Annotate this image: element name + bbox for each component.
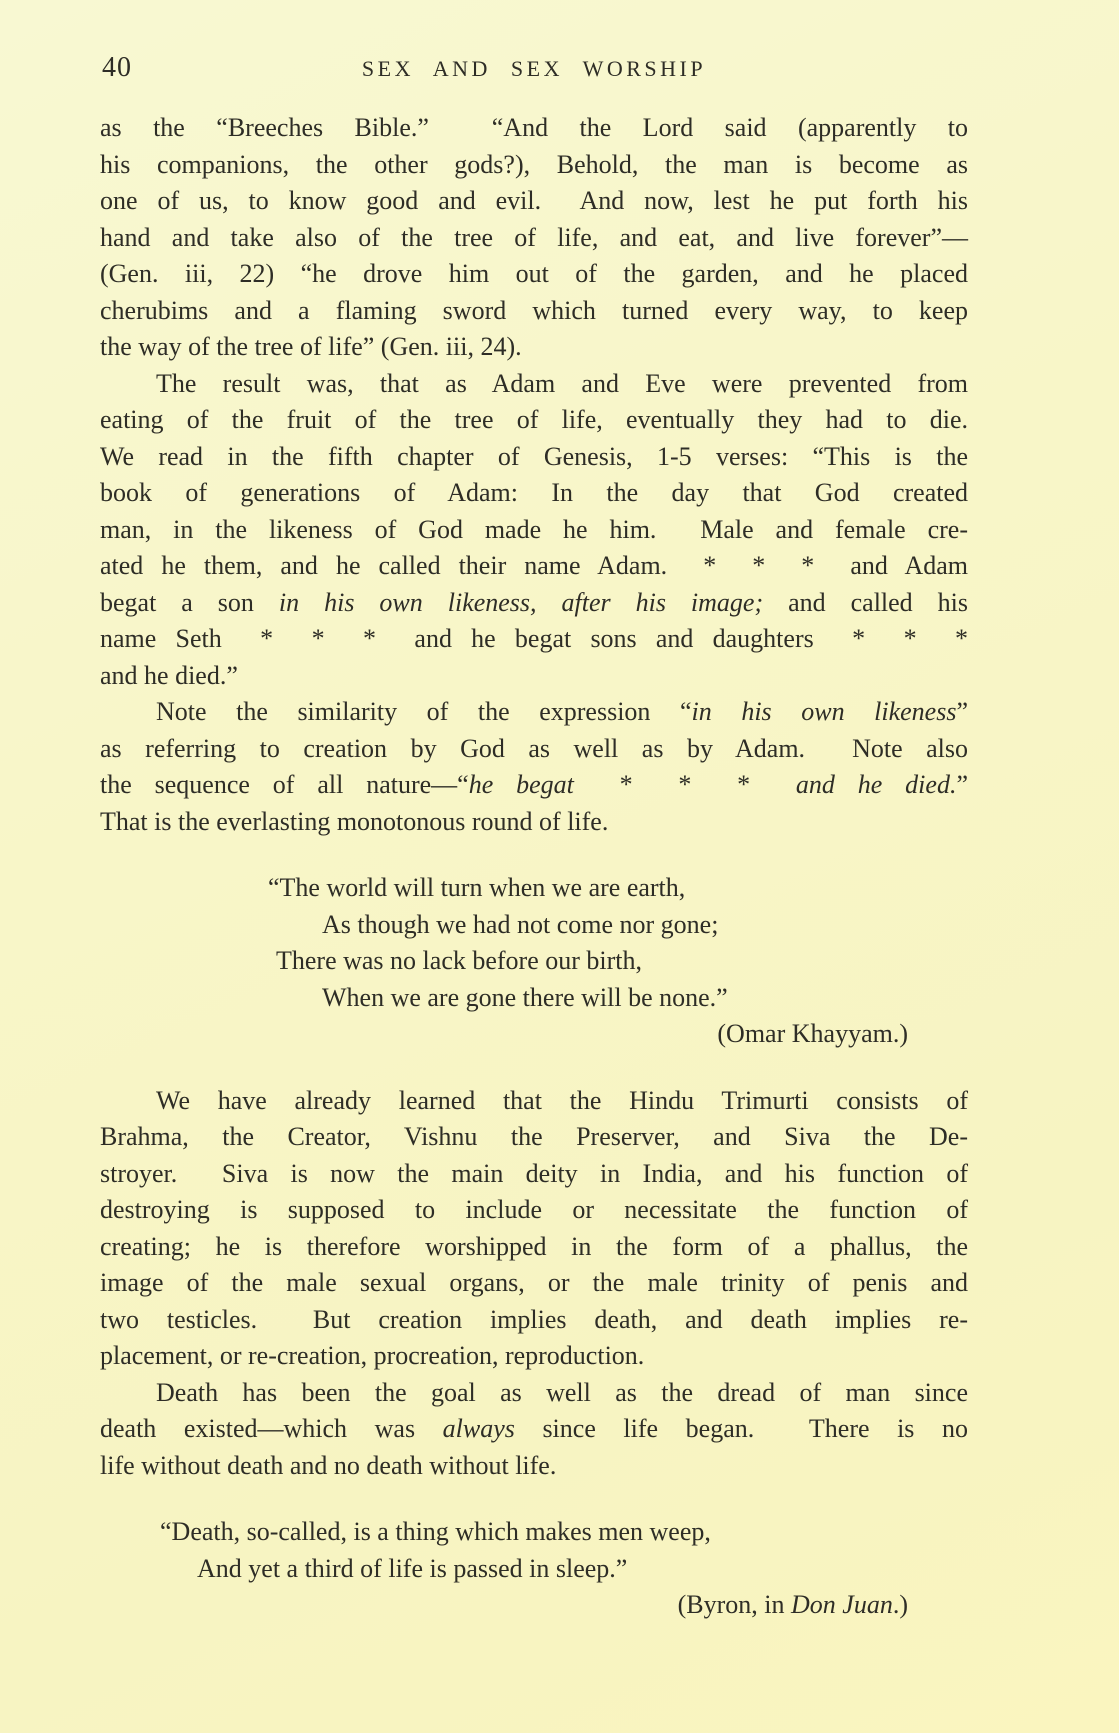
text-line: When we are gone there will be none.” xyxy=(322,980,968,1017)
text-line: Brahma, the Creator, Vishnu the Preserve… xyxy=(100,1119,968,1156)
text-segment: since life began. There is no xyxy=(515,1414,968,1443)
text-segment: “The world will turn when we are earth, xyxy=(268,873,685,902)
page-number: 40 xyxy=(102,52,132,84)
text-segment: .) xyxy=(893,1590,908,1619)
text-segment: The result was, that as Adam and Eve wer… xyxy=(156,369,968,398)
text-line: and he died.” xyxy=(100,658,968,695)
text-line: “The world will turn when we are earth, xyxy=(268,870,968,907)
text-segment: When we are gone there will be none.” xyxy=(322,983,728,1012)
text-segment: * * * xyxy=(574,770,796,799)
text-line: man, in the likeness of God made he him.… xyxy=(100,512,968,549)
italic-text: and he died. xyxy=(796,770,957,799)
text-segment: We have already learned that the Hindu T… xyxy=(156,1086,968,1115)
text-segment: his companions, the other gods?), Behold… xyxy=(100,150,968,179)
text-segment: ated he them, and he called their name A… xyxy=(100,551,968,580)
text-segment: As though we had not come nor gone; xyxy=(322,910,718,939)
text-line: as the “Breeches Bible.” “And the Lord s… xyxy=(100,110,968,147)
text-segment: hand and take also of the tree of life, … xyxy=(100,223,968,252)
text-line: (Gen. iii, 22) “he drove him out of the … xyxy=(100,256,968,293)
text-line: two testicles. But creation implies deat… xyxy=(100,1302,968,1339)
text-segment: creating; he is therefore worshipped in … xyxy=(100,1232,968,1261)
text-segment: (Byron, in xyxy=(678,1590,791,1619)
text-line: as referring to creation by God as well … xyxy=(100,731,968,768)
italic-text: in his own likeness xyxy=(692,697,957,726)
text-line: Note the similarity of the expression “i… xyxy=(100,694,968,731)
text-line: creating; he is therefore worshipped in … xyxy=(100,1229,968,1266)
paragraph: Note the similarity of the expression “i… xyxy=(100,694,968,840)
text-segment: eating of the fruit of the tree of life,… xyxy=(100,405,968,434)
text-segment: the way of the tree of life” (Gen. iii, … xyxy=(100,332,522,361)
italic-text: Don Juan xyxy=(791,1590,893,1619)
text-segment: Death has been the goal as well as the d… xyxy=(156,1378,968,1407)
paragraph: Death has been the goal as well as the d… xyxy=(100,1375,968,1485)
text-segment: man, in the likeness of God made he him.… xyxy=(100,515,968,544)
text-line: name Seth * * * and he begat sons and da… xyxy=(100,621,968,658)
text-line: As though we had not come nor gone; xyxy=(322,907,968,944)
text-line: eating of the fruit of the tree of life,… xyxy=(100,402,968,439)
text-line: image of the male sexual organs, or the … xyxy=(100,1265,968,1302)
text-line: one of us, to know good and evil. And no… xyxy=(100,183,968,220)
text-segment: name Seth * * * and he begat sons and da… xyxy=(100,624,968,653)
text-segment: one of us, to know good and evil. And no… xyxy=(100,186,968,215)
text-line: begat a son in his own likeness, after h… xyxy=(100,585,968,622)
verse-attribution: (Omar Khayyam.) xyxy=(100,1016,968,1053)
text-line: And yet a third of life is passed in sle… xyxy=(197,1551,968,1588)
text-line: “Death, so-called, is a thing which make… xyxy=(160,1514,968,1551)
text-segment: Brahma, the Creator, Vishnu the Preserve… xyxy=(100,1122,968,1151)
text-line: life without death and no death without … xyxy=(100,1448,968,1485)
text-block: as the “Breeches Bible.” “And the Lord s… xyxy=(100,110,968,1654)
text-line: stroyer. Siva is now the main deity in I… xyxy=(100,1156,968,1193)
italic-text: always xyxy=(443,1414,515,1443)
text-line: death existed—which was always since lif… xyxy=(100,1411,968,1448)
text-segment: cherubims and a flaming sword which turn… xyxy=(100,296,968,325)
text-segment: That is the everlasting monotonous round… xyxy=(100,807,608,836)
text-segment: two testicles. But creation implies deat… xyxy=(100,1305,968,1334)
text-line: ated he them, and he called their name A… xyxy=(100,548,968,585)
text-line: There was no lack before our birth, xyxy=(276,943,968,980)
text-line: The result was, that as Adam and Eve wer… xyxy=(100,366,968,403)
text-segment: the sequence of all nature—“ xyxy=(100,770,469,799)
text-segment: and he died.” xyxy=(100,661,238,690)
verse-attribution: (Byron, in Don Juan.) xyxy=(100,1587,968,1624)
text-line: destroying is supposed to include or nec… xyxy=(100,1192,968,1229)
paragraph: as the “Breeches Bible.” “And the Lord s… xyxy=(100,110,968,366)
text-segment: destroying is supposed to include or nec… xyxy=(100,1195,968,1224)
paragraph: The result was, that as Adam and Eve wer… xyxy=(100,366,968,695)
verse-block: “Death, so-called, is a thing which make… xyxy=(100,1514,968,1624)
text-segment: We read in the fifth chapter of Genesis,… xyxy=(100,442,968,471)
text-line: That is the everlasting monotonous round… xyxy=(100,804,968,841)
text-segment: Note the similarity of the expression “ xyxy=(156,697,692,726)
text-line: book of generations of Adam: In the day … xyxy=(100,475,968,512)
text-line: placement, or re-creation, procreation, … xyxy=(100,1338,968,1375)
text-line: the way of the tree of life” (Gen. iii, … xyxy=(100,329,968,366)
text-segment: begat a son xyxy=(100,588,279,617)
text-line: the sequence of all nature—“he begat * *… xyxy=(100,767,968,804)
text-line: cherubims and a flaming sword which turn… xyxy=(100,293,968,330)
text-segment: And yet a third of life is passed in sle… xyxy=(197,1554,627,1583)
text-segment: life without death and no death without … xyxy=(100,1451,556,1480)
text-segment: image of the male sexual organs, or the … xyxy=(100,1268,968,1297)
page-header: 40 SEX AND SEX WORSHIP xyxy=(100,52,968,86)
text-line: Death has been the goal as well as the d… xyxy=(100,1375,968,1412)
text-segment: as referring to creation by God as well … xyxy=(100,734,968,763)
text-line: his companions, the other gods?), Behold… xyxy=(100,147,968,184)
italic-text: he begat xyxy=(469,770,574,799)
verse-block: “The world will turn when we are earth,A… xyxy=(100,870,968,1053)
text-segment: placement, or re-creation, procreation, … xyxy=(100,1341,644,1370)
text-segment: and called his xyxy=(763,588,968,617)
running-title: SEX AND SEX WORSHIP xyxy=(100,52,968,82)
text-line: hand and take also of the tree of life, … xyxy=(100,220,968,257)
book-page: 40 SEX AND SEX WORSHIP as the “Breeches … xyxy=(0,0,1119,1733)
italic-text: in his own likeness, after his image; xyxy=(279,588,763,617)
text-line: We read in the fifth chapter of Genesis,… xyxy=(100,439,968,476)
text-segment: There was no lack before our birth, xyxy=(276,946,642,975)
text-segment: “Death, so-called, is a thing which make… xyxy=(160,1517,711,1546)
paragraph: We have already learned that the Hindu T… xyxy=(100,1083,968,1375)
text-segment: (Gen. iii, 22) “he drove him out of the … xyxy=(100,259,968,288)
text-segment: (Omar Khayyam.) xyxy=(717,1019,908,1048)
text-line: We have already learned that the Hindu T… xyxy=(100,1083,968,1120)
text-segment: ” xyxy=(956,697,968,726)
text-segment: ” xyxy=(956,770,968,799)
text-segment: death existed—which was xyxy=(100,1414,443,1443)
text-segment: as the “Breeches Bible.” “And the Lord s… xyxy=(100,113,968,142)
text-segment: stroyer. Siva is now the main deity in I… xyxy=(100,1159,968,1188)
text-segment: book of generations of Adam: In the day … xyxy=(100,478,968,507)
